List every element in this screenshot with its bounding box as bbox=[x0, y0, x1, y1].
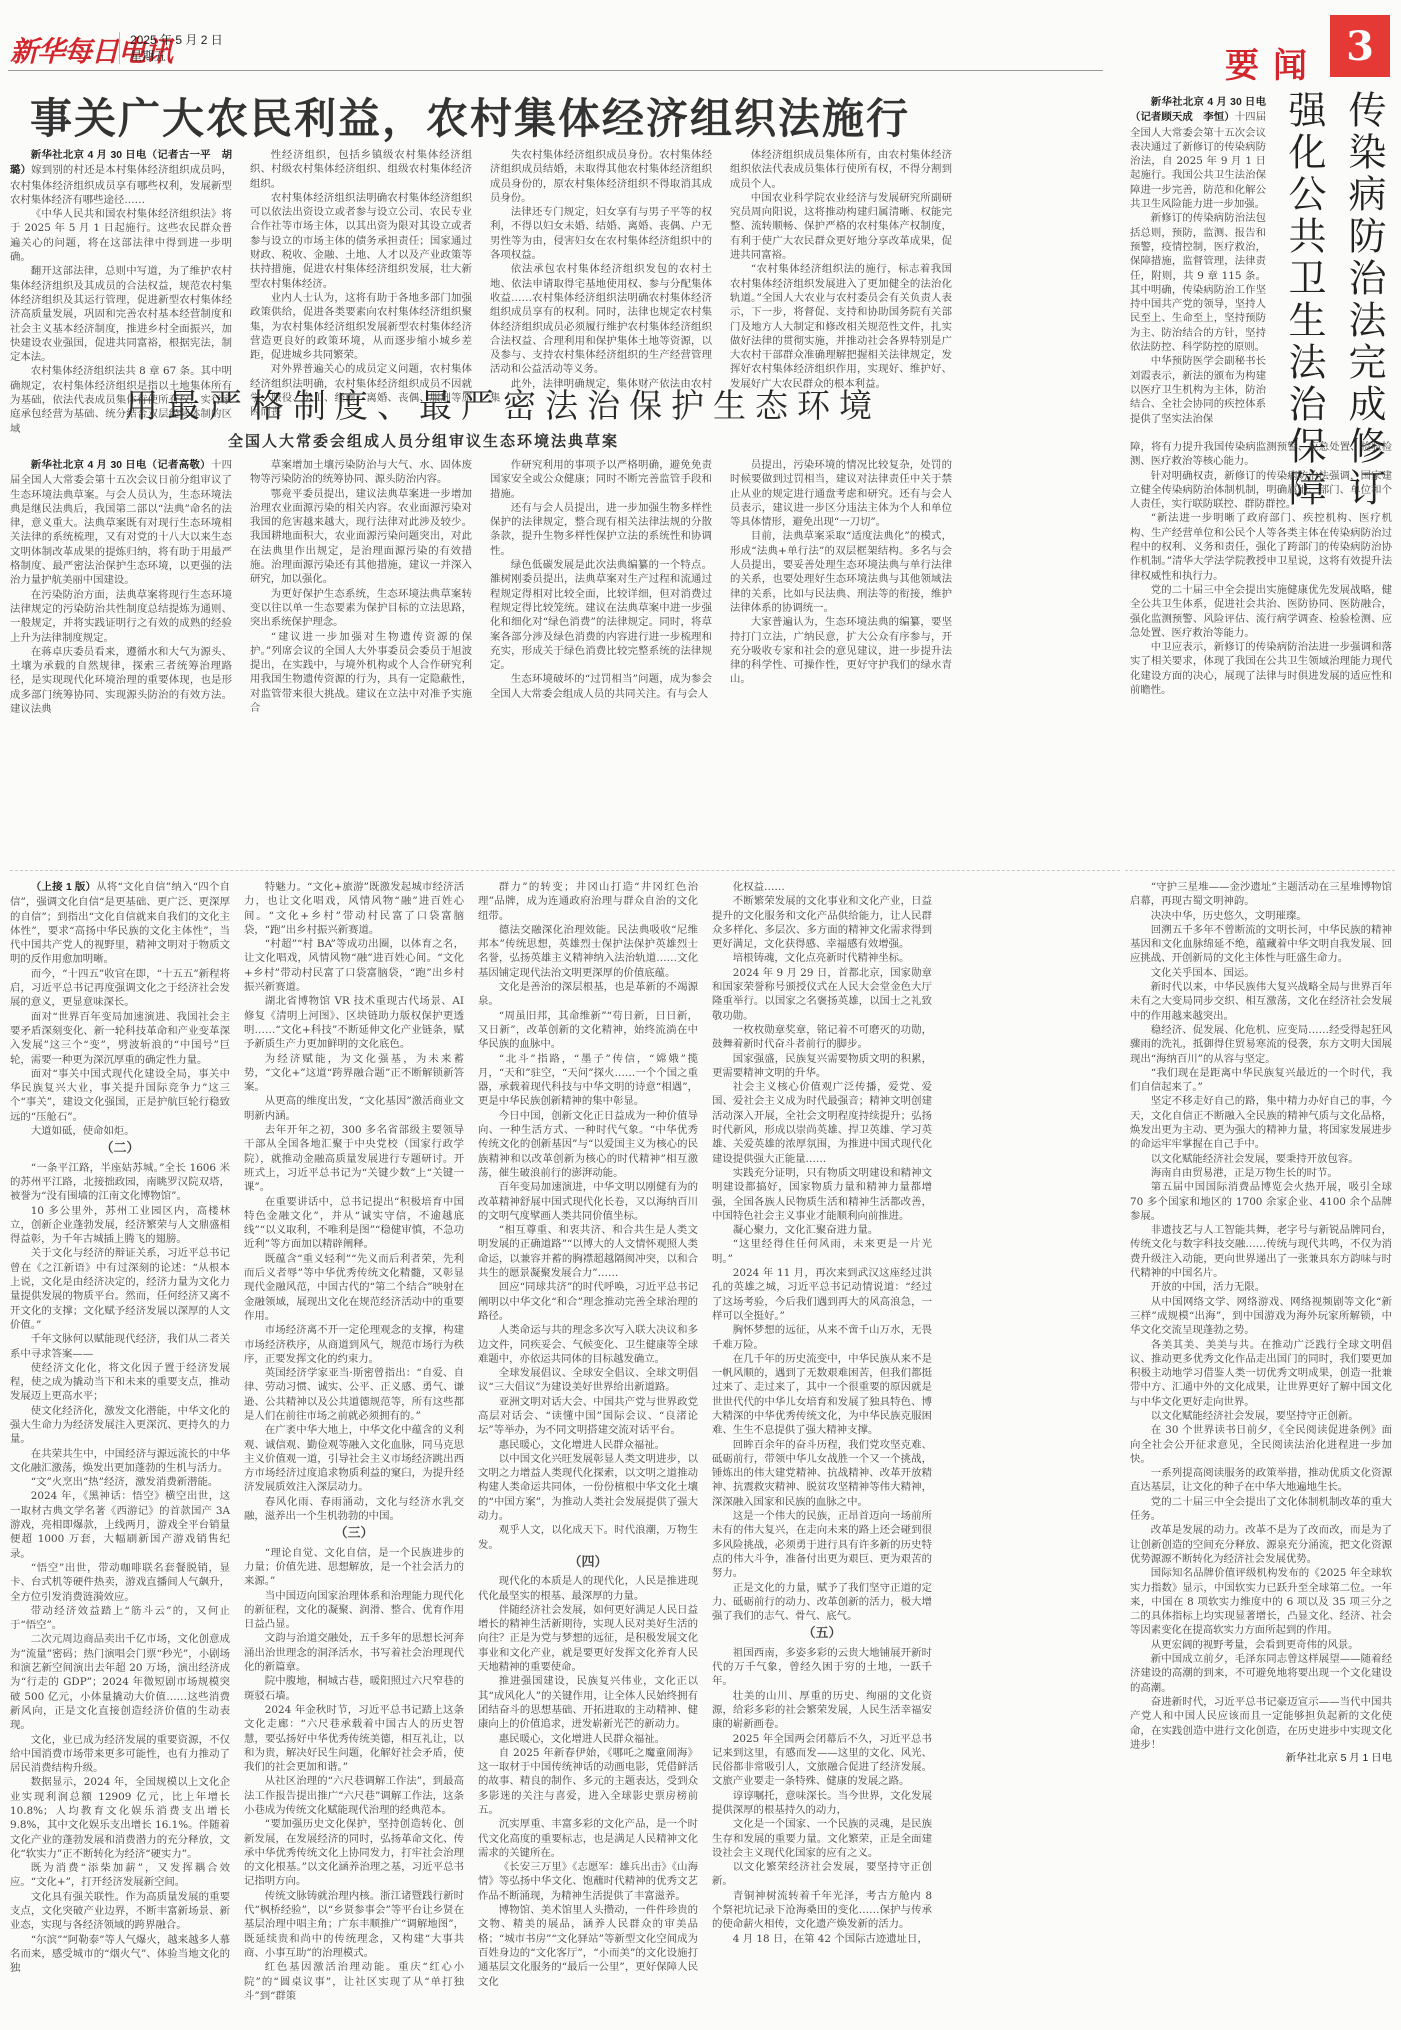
paragraph: 草案增加土壤污染防治与大气、水、固体废物等污染防治的统筹协同、源头防治内容。 bbox=[250, 458, 472, 487]
paragraph: 在 30 个世界读书日前夕，《全民阅读促进条例》面向全社会公开征求意见，全民阅读… bbox=[1130, 1423, 1392, 1466]
paragraph: 奋进新时代，习近平总书记豪迈宣示——当代中国共产党人和中国人民应该而且一定能够担… bbox=[1130, 1695, 1392, 1752]
article2-headline: 用最严格制度、最严密法治保护生态环境 bbox=[125, 380, 881, 427]
paragraph: 春风化雨、春雨涌动，文化与经济水乳交融，滋养出一个生机勃勃的中国。 bbox=[244, 1495, 464, 1524]
paragraph: 使文化经济化，激发文化潜能，中华文化的强大生命力为经济发展注入更深沉、更持久的力… bbox=[10, 1404, 230, 1447]
article2-subheadline: 全国人大常委会组成人员分组审议生态环境法典草案 bbox=[228, 430, 619, 451]
paragraph: 在重要讲话中，总书记提出“积极培育中国特色金融文化”，并从“诚实守信，不逾越底线… bbox=[244, 1195, 464, 1252]
paragraph: 社会主义核心价值观广泛传播，爱党、爱国、爱社会主义成为时代最强音；精神文明创建活… bbox=[712, 1080, 932, 1166]
paragraph: 改革是发展的动力。改革不是为了改而改，而是为了让创新创造的空间充分释放、源泉充分… bbox=[1130, 1523, 1392, 1566]
paragraph: 目前，法典草案采取“适度法典化”的模式，形成“法典+单行法”的双层框架结构。多名… bbox=[730, 529, 952, 615]
paragraph: 文韵与治道交融处，五千多年的思想长河奔涌出治世理念的洞泽活水，书写着社会治理现代… bbox=[244, 1631, 464, 1674]
paragraph: 海南自由贸易港，正是万物生长的时节。 bbox=[1130, 1166, 1392, 1180]
paragraph: 为经济赋能，为文化强基，为未来蓄势，“文化+”这道“跨界融合题”正不断解锁新答案… bbox=[244, 1052, 464, 1095]
paragraph: 2025 年全国两会闭幕后不久，习近平总书记来到这里，有感而发——这里的文化、风… bbox=[712, 1732, 932, 1789]
paragraph: 4 月 18 日，在第 42 个国际古迹遗址日， bbox=[712, 1932, 932, 1946]
paragraph: 回眸百余年的奋斗历程，我们党攻坚克难、砥砺前行，带领中华儿女战胜一个又一个挑战，… bbox=[712, 1438, 932, 1509]
article2-column-4: 员提出，污染环境的情况比较复杂，处罚的时候要做到过罚相当，建议对法律责任中关于禁… bbox=[730, 458, 952, 863]
paragraph: 党的二十届三中全会提出实施健康优先发展战略，健全公共卫生体系，促进社会共治、医防… bbox=[1130, 583, 1392, 640]
paragraph: 从中国网络文学、网络游戏、网络视频剧等文化“新三样”成规模“出海”，到中国游戏为… bbox=[1130, 1295, 1392, 1338]
masthead: 新华每日电讯 2025 年 5 月 2 日 星期五 要闻 3 bbox=[0, 0, 1401, 72]
paragraph: 新华社北京 4 月 30 日电（记者高敬）十四届全国人大常委会第十五次会议日前分… bbox=[10, 458, 232, 588]
paragraph: “这里经得住任何风雨，未来更是一片光明。” bbox=[712, 1237, 932, 1266]
paragraph: 谆谆嘱托，意味深长。当今世界，文化发展提供深厚的根基持久的动力， bbox=[712, 1789, 932, 1818]
page-number-badge: 3 bbox=[1330, 15, 1390, 77]
paragraph: 博物馆、美术馆里人头攒动，一件件珍贵的文物、精美的展品，涵养人民群众的审美品格；… bbox=[478, 1903, 698, 1989]
paragraph: 以中国文化兴旺发展彰显人类文明进步，以文明之力增益人类现代化探索，以文明之道推动… bbox=[478, 1452, 698, 1523]
paragraph: “我们现在是距离中华民族复兴最近的一个时代，我们自信起来了。” bbox=[1130, 1066, 1392, 1095]
paragraph: 从社区治理的“六尺巷调解工作法”，到最高法工作报告提出推广“六尺巷”调解工作法，… bbox=[244, 1774, 464, 1817]
paragraph: 红色基因激活治理动能。重庆“红心小院”的“圆桌议事”，让社区实现了从“单打独斗”… bbox=[244, 1960, 464, 2003]
paragraph: 业内人士认为，这将有助于各地多部门加强政策供给，促进各类要素向农村集体经济组织聚… bbox=[250, 291, 472, 362]
dateline: （上接 1 版） bbox=[31, 882, 96, 893]
paragraph: 正是文化的力量，赋予了我们坚守正道的定力、砥砺前行的动力、改革创新的活力，极大增… bbox=[712, 1581, 932, 1624]
dateline: 新华社北京 4 月 30 日电（记者高敬） bbox=[31, 460, 211, 471]
paragraph: 绿色低碳发展是此次法典编纂的一个特点。雒树刚委员提出，法典草案对生产过程和流通过… bbox=[490, 558, 712, 672]
paragraph: 依法承包农村集体经济组织发包的农村土地、依法申请取得宅基地使用权、参与分配集体收… bbox=[490, 262, 712, 376]
paragraph: 使经济文化化，将文化因子置于经济发展程，使之成为撬动当下和未来的重要支点，推动发… bbox=[10, 1361, 230, 1404]
paragraph: “一条平江路，半座姑苏城。”全长 1606 米的苏州平江路，北接拙政园，南眺罗汉… bbox=[10, 1161, 230, 1204]
paragraph: 现代化的本质是人的现代化，人民是推进现代化最坚实的根基、最深厚的力量。 bbox=[478, 1574, 698, 1603]
paragraph: 既为消费“添柴加薪”，又发挥耦合效应。“文化+”，打开经济发展新空间。 bbox=[10, 1861, 230, 1890]
paragraph: 2024 年 11 月，再次来到武汉这座经过洪孔的英雄之城，习近平总书记动情说道… bbox=[712, 1266, 932, 1323]
paragraph: 化权益…… bbox=[712, 880, 932, 894]
paragraph: 稳经济、促发展、化危机、应变局……经受得起狂风骤雨的洗礼，抵御得住贸易寒流的侵袭… bbox=[1130, 1023, 1392, 1066]
issue-weekday: 星期五 bbox=[130, 48, 223, 64]
paragraph: 百年变局加速演进，中华文明以刚健有为的改革精神舒展中国式现代化长卷，又以海纳百川… bbox=[478, 1180, 698, 1223]
paragraph: 从更高的维度出发，“文化基因”激活商业文明新内涵。 bbox=[244, 1094, 464, 1123]
paragraph: 群力”的转变；井冈山打造“井冈红色治理”品牌，成为连通政府治理与群众自治的文化纽… bbox=[478, 880, 698, 923]
paragraph: 非遗技艺与人工智能共舞，老字号与新锐品牌同台，传统文化与数字科技交融……传统与现… bbox=[1130, 1223, 1392, 1280]
sidebar-narrow-column: 新华社北京 4 月 30 日电（记者顾天成 李恒）十四届全国人大常委会第十五次会… bbox=[1130, 95, 1266, 440]
paragraph: 翻开这部法律，总则中写道，为了维护农村集体经济组织及其成员的合法权益，规范农村集… bbox=[10, 264, 232, 364]
paragraph: 开放的中国，活力无限。 bbox=[1130, 1280, 1392, 1294]
article3-column-2: 特魅力。“文化+旅游”既激发起城市经济活力，也让文化唱戏，风情风物“融”进百姓心… bbox=[244, 880, 464, 2025]
paragraph: 大道如砥，使命如炬。 bbox=[10, 1124, 230, 1138]
header-rule bbox=[8, 70, 1103, 71]
paragraph: 回应“同球共济”的时代呼唤，习近平总书记阐明以中华文化“和合”理念推动完善全球治… bbox=[478, 1280, 698, 1323]
paragraph: 以文化赋能经济社会发展，要秉持开放包容。 bbox=[1130, 1152, 1392, 1166]
paragraph: 中华预防医学会副秘书长刘霞表示，新法的颁布为构建以医疗卫生机构为主体，防治结合、… bbox=[1130, 354, 1266, 425]
paragraph: 针对明确权责，新修订的传染病防治法强调，国家建立健全传染病防治体制机制，明确属地… bbox=[1130, 469, 1392, 512]
paragraph: （上接 1 版）从将“文化自信”纳入“四个自信”，强调文化自信“是更基础、更广泛… bbox=[10, 880, 230, 967]
section-divider bbox=[10, 870, 1120, 871]
paragraph: 在共荣共生中，中国经济与源远流长的中华文化融汇激荡，焕发出更加蓬勃的生机与活力。 bbox=[10, 1447, 230, 1476]
paragraph: 2024 年金秋时节，习近平总书记踏上这条文化走廊：“六尺巷承载着中国古人的历史… bbox=[244, 1703, 464, 1774]
paragraph: 亚洲文明对话大会、中国共产党与世界政党高层对话会、“读懂中国”国际会议、“良渚论… bbox=[478, 1395, 698, 1438]
paragraph: “文”火烹出“热”经济，激发消费新潜能。 bbox=[10, 1475, 230, 1489]
article2-column-1: 新华社北京 4 月 30 日电（记者高敬）十四届全国人大常委会第十五次会议日前分… bbox=[10, 458, 232, 863]
paragraph: 祖国西南，多姿多彩的云贵大地铺展开新时代的万千气象，曾经久困于穷的土地，一跃千年… bbox=[712, 1646, 932, 1689]
issue-date: 2025 年 5 月 2 日 bbox=[130, 32, 223, 48]
paragraph: 以文化赋能经济社会发展，要坚持守正创新。 bbox=[1130, 1409, 1392, 1423]
chapter-number: （二） bbox=[10, 1142, 230, 1156]
paragraph: 障，将有力提升我国传染病监测预警、应急处置、检验检测、医疗救治等核心能力。 bbox=[1130, 440, 1392, 469]
paragraph: 院中腹地，桐城古巷，暖阳照过六尺窄巷的斑驳石墙。 bbox=[244, 1674, 464, 1703]
paragraph: 失农村集体经济组织成员身份。农村集体经济组织成员结婚，未取得其他农村集体经济组织… bbox=[490, 148, 712, 205]
paragraph: “尔滨”“阿勒泰”等人气爆火，越来越多人慕名而来，感受城市的“烟火气”、体验当地… bbox=[10, 1933, 230, 1976]
article3-column-1: （上接 1 版）从将“文化自信”纳入“四个自信”，强调文化自信“是更基础、更广泛… bbox=[10, 880, 230, 2025]
paragraph: 作研究利用的事项予以严格明确，避免免责国家安全或公众健康；同时不断完善监管手段和… bbox=[490, 458, 712, 501]
paragraph: 员提出，污染环境的情况比较复杂，处罚的时候要做到过罚相当，建议对法律责任中关于禁… bbox=[730, 458, 952, 529]
article3-column-5: “守护三星堆——金沙遗址”主题活动在三星堆博物馆启幕，再现古蜀文明神韵。决决中华… bbox=[1130, 880, 1392, 2025]
paragraph: 在几千年的历史流变中，中华民族从来不是一帆风顺的，遇到了无数艰难困苦，但我们都挺… bbox=[712, 1352, 932, 1438]
paragraph: 湖北省博物馆 VR 技术重现古代场景、AI 修复《清明上河图》、区块链助力版权保… bbox=[244, 994, 464, 1051]
paragraph: 一系列提高阅读服务的政策举措，推动优质文化资源直达基层，让文化的种子在中华大地遍… bbox=[1130, 1466, 1392, 1495]
paragraph: 文化是一个国家、一个民族的灵魂，是民族生存和发展的重要力量。文化繁荣，正是全面建… bbox=[712, 1817, 932, 1860]
paragraph: 实践充分证明，只有物质文明建设和精神文明建设都搞好，国家物质力量和精神力量都增强… bbox=[712, 1166, 932, 1223]
paragraph: 《中华人民共和国农村集体经济组织法》将于 2025 年 5 月 1 日起施行。这… bbox=[10, 207, 232, 264]
paragraph: 青铜神树流转着千年光泽，考古方舱内 8 个祭祀坑记录下沧海桑田的变化……保护与传… bbox=[712, 1889, 932, 1932]
paragraph: 伴随经济社会发展，如何更好满足人民日益增长的精神生活新期待，实现人民对美好生活的… bbox=[478, 1603, 698, 1674]
paragraph: 国际知名品牌价值评级机构发布的《2025 年全球软实力指数》显示，中国软实力已跃… bbox=[1130, 1566, 1392, 1637]
paragraph: “相互尊重、和衷共济、和合共生是人类文明发展的正确道路”“以博大的人文情怀观照人… bbox=[478, 1223, 698, 1280]
paragraph: 10 多公里外，苏州工业园区内，高楼林立，创新企业蓬勃发展，经济繁荣与人文鼎盛相… bbox=[10, 1204, 230, 1247]
paragraph: 惠民暖心，文化增进人民群众福祉。 bbox=[478, 1732, 698, 1746]
paragraph: 文化关乎国本、国运。 bbox=[1130, 966, 1392, 980]
paragraph: 还有与会人员提出，进一步加强生物多样性保护的法律规定，整合现有相关法律法规的分散… bbox=[490, 501, 712, 558]
paragraph: 性经济组织，包括乡镇级农村集体经济组织、村级农村集体经济组织、组级农村集体经济组… bbox=[250, 148, 472, 191]
paragraph: 在广袤中华大地上，中华文化中蕴含的义利观、诚信观、勤俭观等融入文化血脉，同马克思… bbox=[244, 1423, 464, 1494]
paragraph: 特魅力。“文化+旅游”既激发起城市经济活力，也让文化唱戏，风情风物“融”进百姓心… bbox=[244, 880, 464, 937]
paragraph: 2024 年 9 月 29 日，首都北京，国家勋章和国家荣誉称号颁授仪式在人民大… bbox=[712, 966, 932, 1023]
paragraph: 凝心聚力，文化汇聚奋进力量。 bbox=[712, 1223, 932, 1237]
paragraph: 农村集体经济组织法明确农村集体经济组织可以依法出资设立或者参与设立公司、农民专业… bbox=[250, 191, 472, 291]
paragraph: 带动经济效益踏上“筋斗云”的，又何止于“悟空”。 bbox=[10, 1604, 230, 1633]
paragraph: “周虽旧邦，其命维新”“苟日新，日日新，又日新”，改革创新的文化精神，始终流淌在… bbox=[478, 1009, 698, 1052]
paragraph: 新修订的传染病防治法包括总则，预防，监测、报告和预警，疫情控制，医疗救治，保障措… bbox=[1130, 211, 1266, 354]
paragraph: 既蕴含“重义轻利”“先义而后利者荣，先利而后义者辱”等中华优秀传统文化精髓，又彰… bbox=[244, 1252, 464, 1323]
paragraph: 市场经济离不开一定伦理观念的支撑，构建市场经济秩序，从商道到风气，规范市场行为秩… bbox=[244, 1323, 464, 1366]
paragraph: 在蒋卓庆委员看来，遵循水和大气为源头、土壤为承载的自然规律，探索三者统筹治理路径… bbox=[10, 645, 232, 716]
paragraph: 推进强国建设，民族复兴伟业，文化正以其“成风化人”的关键作用，让全体人民始终拥有… bbox=[478, 1674, 698, 1731]
paragraph: 千年文脉何以赋能现代经济，我们从二者关系中寻求答案—— bbox=[10, 1332, 230, 1361]
paragraph: 数据显示，2024 年，全国规模以上文化企业实现利润总额 12909 亿元，比上… bbox=[10, 1775, 230, 1861]
paragraph: 以文化繁荣经济社会发展，要坚持守正创新。 bbox=[712, 1860, 932, 1889]
paragraph: 新华社北京 4 月 30 日电（记者顾天成 李恒）十四届全国人大常委会第十五次会… bbox=[1130, 95, 1266, 211]
sidebar-wide-column: 障，将有力提升我国传染病监测预警、应急处置、检验检测、医疗救治等核心能力。针对明… bbox=[1130, 440, 1392, 860]
paragraph: 一枚枚勋章奖章，铭记着不可磨灭的功勋，鼓舞着新时代奋斗者前行的脚步。 bbox=[712, 1023, 932, 1052]
paragraph: 自 2025 年新春伊始，《哪吒之魔童闹海》这一取材于中国传统神话的动画电影，凭… bbox=[478, 1746, 698, 1817]
paragraph: 传统文脉铸就治理内核。浙江诸暨践行新时代“枫桥经验”，以“乡贤参事会”等平台让乡… bbox=[244, 1889, 464, 1960]
paragraph: 体经济组织成员集体所有，由农村集体经济组织依法代表成员集体行使所有权，不得分割到… bbox=[730, 148, 952, 191]
paragraph: “理论自觉、文化自信，是一个民族进步的力量；价值先进、思想解放，是一个社会活力的… bbox=[244, 1546, 464, 1589]
chapter-number: （五） bbox=[712, 1627, 932, 1641]
paragraph: 英国经济学家亚当·斯密曾指出：“自爱、自律、劳动习惯、诚实、公平、正义感、勇气、… bbox=[244, 1366, 464, 1423]
paragraph: 在污染防治方面，法典草案将现行生态环境法律规定的污染防治共性制度总结提炼为通则、… bbox=[10, 588, 232, 645]
paragraph: 这是一个伟大的民族，正昂首迈向一场前所未有的伟大复兴，在走向未来的路上还会碰到很… bbox=[712, 1509, 932, 1580]
paragraph: “北斗”指路，“墨子”传信，“嫦娥”揽月，“天和”驻空，“天问”探火……一个个国… bbox=[478, 1052, 698, 1109]
paragraph: “新法进一步明晰了政府部门、疾控机构、医疗机构、生产经营单位和公民个人等各类主体… bbox=[1130, 511, 1392, 582]
chapter-number: （三） bbox=[244, 1527, 464, 1541]
paragraph: 培根铸魂，文化点亮新时代精神坐标。 bbox=[712, 951, 932, 965]
paragraph: “守护三星堆——金沙遗址”主题活动在三星堆博物馆启幕，再现古蜀文明神韵。 bbox=[1130, 880, 1392, 909]
paragraph: 面对“世界百年变局加速演进、我国社会主要矛盾深刻变化、新一轮科技革命和产业变革深… bbox=[10, 1010, 230, 1067]
paragraph: “悟空”出世，带动咖啡联名套餐脱销，显卡、台式机等硬件热卖，游戏直播间人气飙升，… bbox=[10, 1561, 230, 1604]
paragraph: 文化，业已成为经济发展的重要资源，不仅给中国消费市场带来更多可能性，也有力推动了… bbox=[10, 1733, 230, 1776]
paragraph: 文化具有强关联性。作为高质量发展的重要支点，文化突破产业边界，不断丰富新场景、新… bbox=[10, 1890, 230, 1933]
paragraph: 法律还专门规定，妇女享有与男子平等的权利，不得以妇女未婚、结婚、离婚、丧偶、户无… bbox=[490, 205, 712, 262]
paragraph: 回溯五千多年不曾断流的文明长河，中华民族的精神基因和文化血脉绵延不绝，蕴藏着中华… bbox=[1130, 923, 1392, 966]
article2-column-3: 作研究利用的事项予以严格明确，避免免责国家安全或公众健康；同时不断完善监管手段和… bbox=[490, 458, 712, 863]
paragraph: 《长安三万里》《志愿军：雄兵出击》《山海情》等弘扬中华文化、饱蘸时代精神的优秀文… bbox=[478, 1860, 698, 1903]
paragraph: 决决中华，历史悠久，文明璀璨。 bbox=[1130, 909, 1392, 923]
paragraph: 关于文化与经济的辩证关系，习近平总书记曾在《之江新语》中有过深刻的论述：“从根本… bbox=[10, 1246, 230, 1332]
paragraph: 当中国迈向国家治理体系和治理能力现代化的新征程，文化的凝聚、润滑、整合、优育作用… bbox=[244, 1589, 464, 1632]
article2-column-2: 草案增加土壤污染防治与大气、水、固体废物等污染防治的统筹协同、源头防治内容。鄂竟… bbox=[250, 458, 472, 863]
chapter-number: （四） bbox=[478, 1556, 698, 1570]
paragraph: 人类命运与共的理念多次写入联大决议和多边文件，同疾妥会、气候变化、卫生健康等全球… bbox=[478, 1323, 698, 1366]
paragraph: 而今，“十四五”收官在即，“十五五”新程将启，习近平总书记再度强调文化之于经济社… bbox=[10, 967, 230, 1010]
article3-column-3: 群力”的转变；井冈山打造“井冈红色治理”品牌，成为连通政府治理与群众自治的文化纽… bbox=[478, 880, 698, 2025]
paragraph: 新华社北京 4 月 30 日电（记者古一平 胡璐）嫁到别的村还是本村集体经济组织… bbox=[10, 148, 232, 207]
paragraph: 全球发展倡议、全球安全倡议、全球文明倡议“三大倡议”为建设美好世界给出新道路。 bbox=[478, 1366, 698, 1395]
section-divider-right bbox=[1125, 870, 1395, 871]
paragraph: 大家普遍认为，生态环境法典的编纂，要坚持打门立法，广纳民意，扩大公众有序参与，开… bbox=[730, 615, 952, 686]
paragraph: 去年开年之初，300 多名省部级主要领导干部从全国各地汇聚于中央党校（国家行政学… bbox=[244, 1123, 464, 1194]
paragraph: 面对“事关中国式现代化建设全局，事关中华民族复兴大业，事关提升国际竞争力”这三个… bbox=[10, 1067, 230, 1124]
article3-column-4: 化权益……不断繁荣发展的文化事业和文化产业，日益提升的文化服务和文化产品供给能力… bbox=[712, 880, 932, 2025]
paragraph: “要加强历史文化保护，坚持创造转化、创新发展，在发展经济的同时，弘扬革命文化、传… bbox=[244, 1817, 464, 1888]
paragraph: 2024 年，《黑神话：悟空》横空出世，这一取材古典文学名著《西游记》的首款国产… bbox=[10, 1489, 230, 1560]
paragraph: 德法交融深化治理效能。民法典吸收“尼维邦本”传统思想，英雄烈士保护法保护英雄烈士… bbox=[478, 923, 698, 980]
paragraph: 中卫应表示，新修订的传染病防治法进一步强调和落实了相关要求，体现了我国在公共卫生… bbox=[1130, 640, 1392, 697]
logo-divider bbox=[119, 32, 120, 64]
paragraph: 今日中国，创新文化正日益成为一种价值导向、一种生活方式、一种时代气象。“中华优秀… bbox=[478, 1109, 698, 1180]
article1-headline: 事关广大农民利益，农村集体经济组织法施行 bbox=[30, 86, 910, 146]
paragraph: 惠民暖心，文化增进人民群众福祉。 bbox=[478, 1438, 698, 1452]
paragraph: “村超”“村 BA”等成功出圈，以体育之名，让文化唱戏，风情风物“融”进百姓心间… bbox=[244, 937, 464, 994]
paragraph: 二次元周边商品卖出千亿市场，文化创意成为“流量”密码；热门演唱会门票“秒光”，小… bbox=[10, 1632, 230, 1732]
paragraph: 国家强盛，民族复兴需要物质文明的积累，更需要精神文明的升华。 bbox=[712, 1052, 932, 1081]
paragraph: 新中国成立前夕，毛泽东同志曾这样展望——随着经济建设的高潮的到来，不可避免地将要… bbox=[1130, 1652, 1392, 1695]
paragraph: 新时代以来，中华民族伟大复兴战略全局与世界百年未有之大变局同步交织、相互激荡，文… bbox=[1130, 980, 1392, 1023]
paragraph: 胸怀梦想的远征，从来不啻千山万水，无畏千难万险。 bbox=[712, 1323, 932, 1352]
paragraph: 坚定不移走好自己的路，集中精力办好自己的事，今天，文化自信正不断融入全民族的精神… bbox=[1130, 1094, 1392, 1151]
paragraph: 从更宏阔的视野考量，会看到更奇伟的风景。 bbox=[1130, 1638, 1392, 1652]
section-name: 要闻 bbox=[1225, 38, 1321, 87]
paragraph: 观乎人文，以化成天下。时代浪潮，万物生发。 bbox=[478, 1523, 698, 1552]
paragraph: 生态环境破坏的“过罚相当”问题，成为参会全国人大常委会组成人员的共同关注。有与会… bbox=[490, 672, 712, 701]
paragraph: 壮美的山川、厚重的历史、绚丽的文化资源，给彩多彩的社会繁荣发展，人民生活幸福安康… bbox=[712, 1689, 932, 1732]
issue-date-block: 2025 年 5 月 2 日 星期五 bbox=[130, 32, 223, 64]
paragraph: 为更好保护生态系统，生态环境法典草案转变以往以单一生态要素为保护目标的立法思路，… bbox=[250, 587, 472, 630]
article-signoff: 新华社北京 5 月 1 日电 bbox=[1130, 1752, 1392, 1766]
paragraph: 不断繁荣发展的文化事业和文化产业，日益提升的文化服务和文化产品供给能力，让人民群… bbox=[712, 894, 932, 951]
paragraph: 党的二十届三中全会提出了文化体制机制改革的重大任务。 bbox=[1130, 1495, 1392, 1524]
paragraph: “建议进一步加强对生物遗传资源的保护。”列席会议的全国人大外事委员会委员于旭波提… bbox=[250, 630, 472, 716]
paragraph: 各美其美、美美与共。在推动广泛践行全球文明倡议、推动更多优秀文化作品走出国门的同… bbox=[1130, 1338, 1392, 1409]
paragraph: “农村集体经济组织法的施行，标志着我国农村集体经济组织发展进入了更加健全的法治化… bbox=[730, 262, 952, 391]
paragraph: 第五届中国国际消费品博览会火热开展，吸引全球 70 多个国家和地区的 1700 … bbox=[1130, 1180, 1392, 1223]
paragraph: 鄂竟平委员提出，建议法典草案进一步增加治理农业面源污染的相关内容。农业面源污染对… bbox=[250, 487, 472, 587]
paragraph: 文化是善治的深层根基，也是革新的不竭源泉。 bbox=[478, 980, 698, 1009]
paragraph: 中国农业科学院农业经济与发展研究所副研究员周向阳说，这将推动构建归属清晰、权能完… bbox=[730, 191, 952, 262]
paragraph: 沉实厚重、丰富多彩的文化产品，是一个时代文化高度的重要标志，也是满足人民精神文化… bbox=[478, 1817, 698, 1860]
